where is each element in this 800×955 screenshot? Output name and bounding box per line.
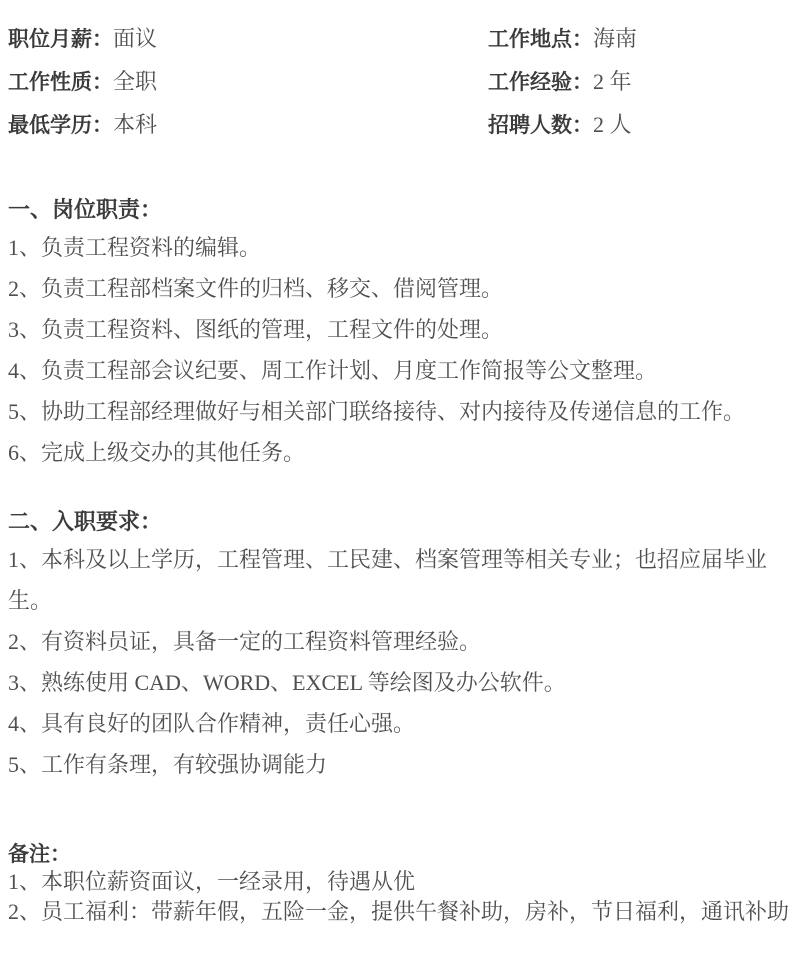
field-label: 工作地点： xyxy=(488,28,593,51)
field-value: 本科 xyxy=(113,112,157,137)
field-label: 工作经验： xyxy=(488,71,593,94)
duties-item: 3、负责工程资料、图纸的管理，工程文件的处理。 xyxy=(8,309,795,350)
remarks-heading: 备注： xyxy=(8,843,795,867)
section-duties-heading: 一、岗位职责： xyxy=(8,198,795,222)
field-label: 工作性质： xyxy=(8,71,113,94)
field-value: 海南 xyxy=(593,26,637,51)
field-value: 2 人 xyxy=(593,112,632,137)
duties-item: 5、协助工程部经理做好与相关部门联络接待、对内接待及传递信息的工作。 xyxy=(8,391,795,432)
requirements-item: 1、本科及以上学历，工程管理、工民建、档案管理等相关专业；也招应届毕业生。 xyxy=(8,539,795,621)
job-info-field-headcount: 招聘人数：2 人 xyxy=(488,104,795,147)
duties-item: 1、负责工程资料的编辑。 xyxy=(8,227,795,268)
job-info-field-location: 工作地点：海南 xyxy=(488,18,795,61)
field-value: 全职 xyxy=(113,69,157,94)
requirements-item: 4、具有良好的团队合作精神，责任心强。 xyxy=(8,703,795,744)
field-value: 2 年 xyxy=(593,69,632,94)
duties-item: 2、负责工程部档案文件的归档、移交、借阅管理。 xyxy=(8,268,795,309)
remarks-section: 备注： 1、本职位薪资面议，一经录用，待遇从优 2、员工福利：带薪年假，五险一金… xyxy=(8,843,795,927)
remark-line: 1、本职位薪资面议，一经录用，待遇从优 xyxy=(8,867,795,897)
duties-item: 6、完成上级交办的其他任务。 xyxy=(8,432,795,473)
requirements-item: 3、熟练使用 CAD、WORD、EXCEL 等绘图及办公软件。 xyxy=(8,662,795,703)
job-description-page: 职位月薪：面议 工作地点：海南 工作性质：全职 工作经验：2 年 最低学历：本科… xyxy=(0,0,800,955)
field-label: 招聘人数： xyxy=(488,114,593,137)
field-label: 职位月薪： xyxy=(8,28,113,51)
field-value: 面议 xyxy=(113,26,157,51)
duties-list: 1、负责工程资料的编辑。 2、负责工程部档案文件的归档、移交、借阅管理。 3、负… xyxy=(8,227,795,473)
job-info-field-education: 最低学历：本科 xyxy=(8,104,488,147)
job-info-field-job-type: 工作性质：全职 xyxy=(8,61,488,104)
job-info-field-experience: 工作经验：2 年 xyxy=(488,61,795,104)
requirements-item: 5、工作有条理，有较强协调能力 xyxy=(8,744,795,785)
job-info-grid: 职位月薪：面议 工作地点：海南 工作性质：全职 工作经验：2 年 最低学历：本科… xyxy=(8,18,795,147)
remark-line: 2、员工福利：带薪年假，五险一金，提供午餐补助，房补，节日福利，通讯补助 xyxy=(8,897,795,927)
field-label: 最低学历： xyxy=(8,114,113,137)
requirements-item: 2、有资料员证，具备一定的工程资料管理经验。 xyxy=(8,621,795,662)
duties-item: 4、负责工程部会议纪要、周工作计划、月度工作简报等公文整理。 xyxy=(8,350,795,391)
job-info-field-salary: 职位月薪：面议 xyxy=(8,18,488,61)
requirements-list: 1、本科及以上学历，工程管理、工民建、档案管理等相关专业；也招应届毕业生。 2、… xyxy=(8,539,795,785)
section-requirements-heading: 二、入职要求： xyxy=(8,510,795,534)
